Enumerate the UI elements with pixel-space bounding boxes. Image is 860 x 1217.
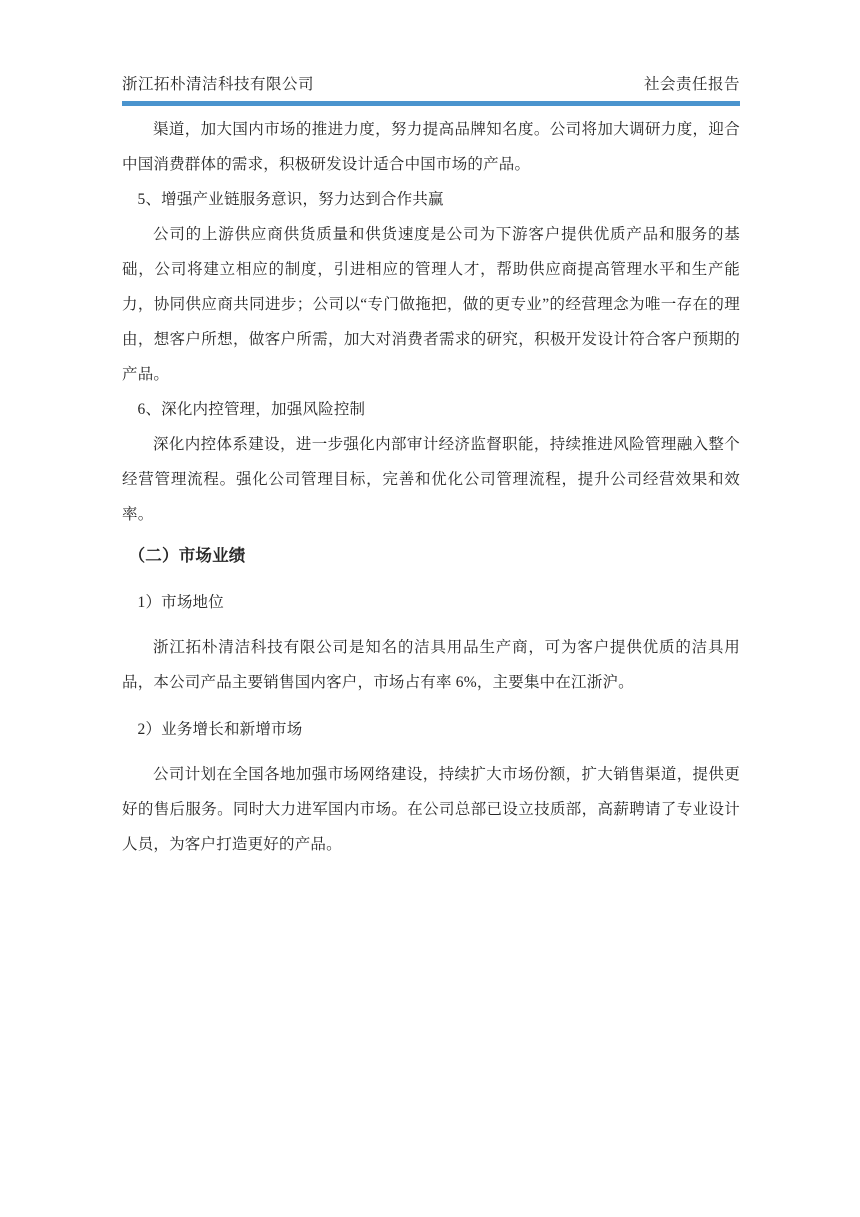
- heading-item-5: 5、增强产业链服务意识，努力达到合作共赢: [122, 182, 740, 217]
- paragraph-item-5: 公司的上游供应商供货质量和供货速度是公司为下游客户提供优质产品和服务的基础，公司…: [122, 217, 740, 392]
- document-body: 渠道，加大国内市场的推进力度，努力提高品牌知名度。公司将加大调研力度，迎合中国消…: [122, 112, 740, 862]
- paragraph-business-growth: 公司计划在全国各地加强市场网络建设，持续扩大市场份额，扩大销售渠道，提供更好的售…: [122, 757, 740, 862]
- header-report-title: 社会责任报告: [644, 72, 740, 94]
- document-page: 浙江拓朴清洁科技有限公司 社会责任报告 渠道，加大国内市场的推进力度，努力提高品…: [0, 0, 860, 1217]
- header-company-name: 浙江拓朴清洁科技有限公司: [122, 72, 314, 94]
- paragraph-market-position: 浙江拓朴清洁科技有限公司是知名的洁具用品生产商，可为客户提供优质的洁具用品，本公…: [122, 630, 740, 700]
- subheading-market-position: 1）市场地位: [122, 585, 740, 620]
- page-header: 浙江拓朴清洁科技有限公司 社会责任报告: [122, 72, 740, 101]
- subheading-business-growth: 2）业务增长和新增市场: [122, 712, 740, 747]
- heading-item-6: 6、深化内控管理，加强风险控制: [122, 392, 740, 427]
- paragraph-item-6: 深化内控体系建设，进一步强化内部审计经济监督职能，持续推进风险管理融入整个经营管…: [122, 427, 740, 532]
- section-heading-market-performance: （二）市场业绩: [122, 538, 740, 573]
- document-content-area: 浙江拓朴清洁科技有限公司 社会责任报告 渠道，加大国内市场的推进力度，努力提高品…: [122, 72, 740, 862]
- paragraph-continuation: 渠道，加大国内市场的推进力度，努力提高品牌知名度。公司将加大调研力度，迎合中国消…: [122, 112, 740, 182]
- header-divider-rule: [122, 101, 740, 106]
